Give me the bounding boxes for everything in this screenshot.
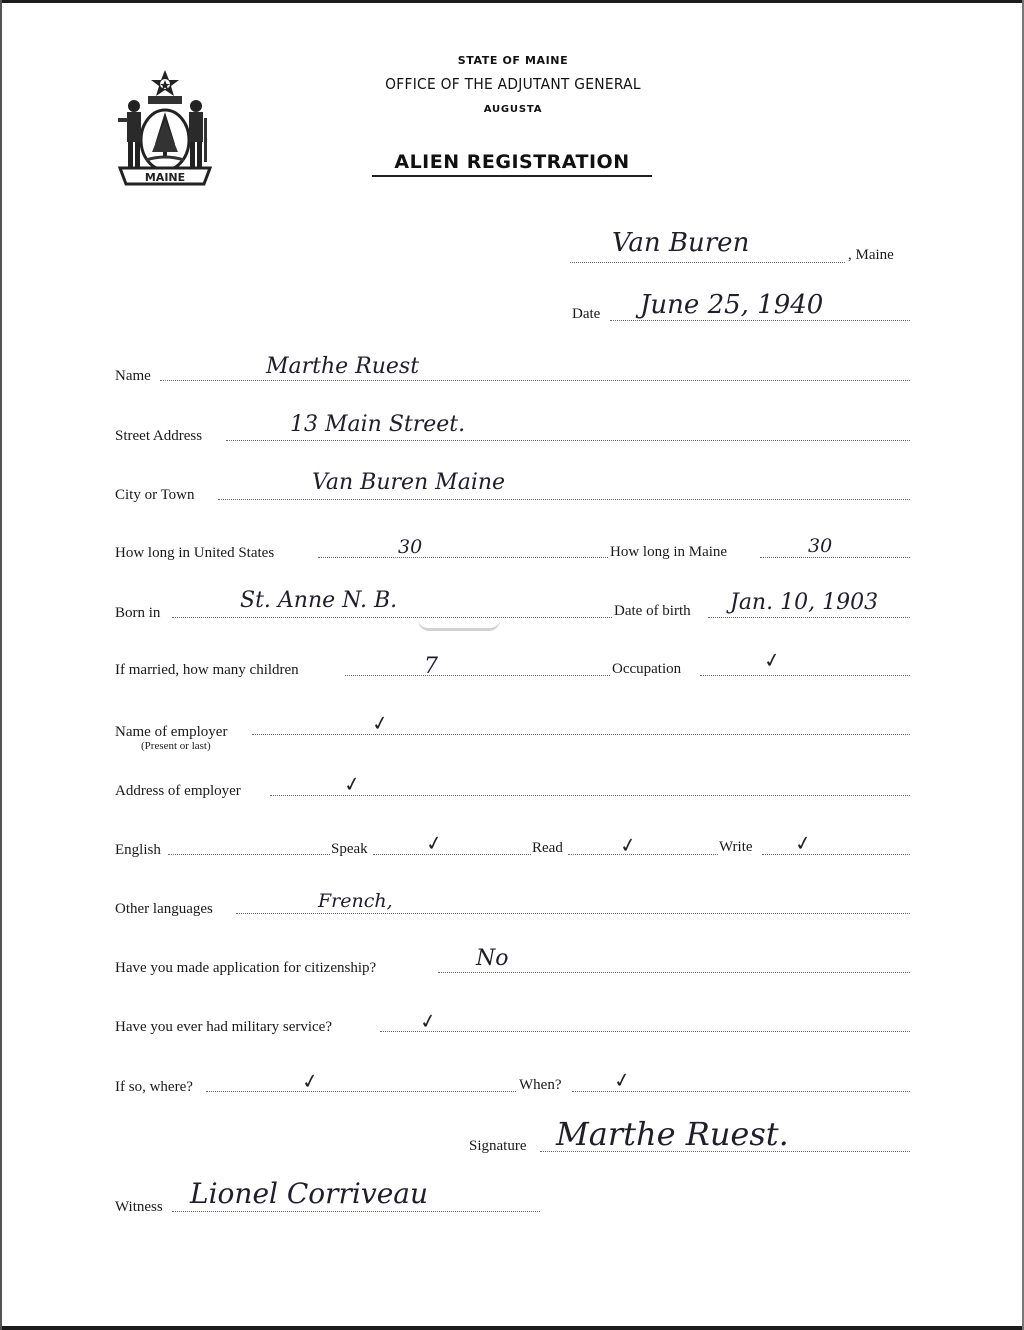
years-us-label: How long in United States (115, 545, 274, 562)
date-of-birth-value: Jan. 10, 1903 (730, 592, 878, 614)
signature-label: Signature (469, 1138, 527, 1155)
date-value: June 25, 1940 (640, 292, 823, 318)
employer-name-label: Name of employer (115, 724, 227, 741)
military-when-label: When? (519, 1077, 561, 1094)
state-suffix: , Maine (848, 247, 894, 264)
employer-address-line (270, 795, 910, 796)
form-title: ALIEN REGISTRATION (372, 151, 652, 177)
write-label: Write (719, 839, 753, 856)
speak-label: Speak (331, 841, 368, 858)
employer-name-sublabel: (Present or last) (141, 740, 211, 752)
svg-text:MAINE: MAINE (145, 171, 185, 184)
header-state: STATE OF MAINE (340, 54, 686, 67)
military-service-line (380, 1031, 910, 1032)
scan-border-top (0, 0, 1024, 3)
military-where-line (206, 1091, 516, 1092)
maine-state-seal-icon: MAINE (112, 68, 218, 192)
city-label: City or Town (115, 487, 195, 504)
witness-line (172, 1211, 540, 1212)
name-label: Name (115, 368, 151, 385)
employer-address-label: Address of employer (115, 783, 241, 800)
name-value: Marthe Ruest (266, 356, 419, 378)
write-check-icon: ✓ (793, 833, 813, 856)
other-languages-label: Other languages (115, 901, 213, 918)
other-languages-value: French, (318, 892, 393, 911)
occupation-line (700, 675, 910, 676)
citizenship-label: Have you made application for citizenshi… (115, 960, 376, 977)
citizenship-line (438, 972, 910, 973)
occupation-label: Occupation (612, 661, 681, 678)
english-label: English (115, 842, 161, 859)
witness-label: Witness (115, 1199, 163, 1216)
date-of-birth-label: Date of birth (614, 603, 691, 620)
other-languages-line (236, 913, 910, 914)
children-value: 7 (424, 656, 438, 678)
town-value: Van Buren (612, 230, 749, 256)
read-check-icon: ✓ (618, 835, 638, 858)
born-in-value: St. Anne N. B. (240, 590, 397, 612)
date-label: Date (572, 306, 600, 323)
born-in-label: Born in (115, 605, 160, 622)
military-service-check-icon: ✓ (418, 1011, 438, 1034)
city-line (218, 499, 910, 500)
employer-name-check-icon: ✓ (370, 713, 390, 736)
signature-value: Marthe Ruest. (556, 1118, 789, 1150)
street-address-label: Street Address (115, 428, 202, 445)
scan-border-left (0, 0, 2, 1330)
town-line (570, 262, 845, 263)
years-us-line (318, 557, 608, 558)
employer-address-check-icon: ✓ (342, 774, 362, 797)
military-where-check-icon: ✓ (300, 1071, 320, 1094)
years-maine-line (760, 557, 910, 558)
citizenship-value: No (476, 948, 509, 970)
english-line (168, 854, 330, 855)
military-where-label: If so, where? (115, 1079, 193, 1096)
read-line (568, 854, 718, 855)
employer-name-line (252, 734, 910, 735)
speak-line (373, 854, 531, 855)
name-line (160, 380, 910, 381)
street-address-line (226, 440, 910, 441)
scan-border-bottom (0, 1326, 1024, 1330)
years-maine-label: How long in Maine (610, 544, 727, 561)
witness-value: Lionel Corriveau (190, 1180, 428, 1208)
years-us-value: 30 (398, 538, 422, 557)
ink-smudge (418, 620, 500, 631)
occupation-check-icon: ✓ (762, 650, 782, 673)
years-maine-value: 30 (808, 537, 832, 556)
date-of-birth-line (708, 617, 910, 618)
children-label: If married, how many children (115, 662, 299, 679)
city-value: Van Buren Maine (312, 472, 505, 494)
header-city: AUGUSTA (340, 104, 686, 115)
military-service-label: Have you ever had military service? (115, 1019, 332, 1036)
born-in-line (172, 617, 612, 618)
children-line (345, 675, 610, 676)
street-address-value: 13 Main Street. (290, 414, 465, 436)
date-line (610, 320, 910, 321)
write-line (762, 854, 910, 855)
military-when-check-icon: ✓ (612, 1070, 632, 1093)
speak-check-icon: ✓ (424, 833, 444, 856)
read-label: Read (532, 840, 563, 857)
header-office: OFFICE OF THE ADJUTANT GENERAL (354, 75, 672, 93)
